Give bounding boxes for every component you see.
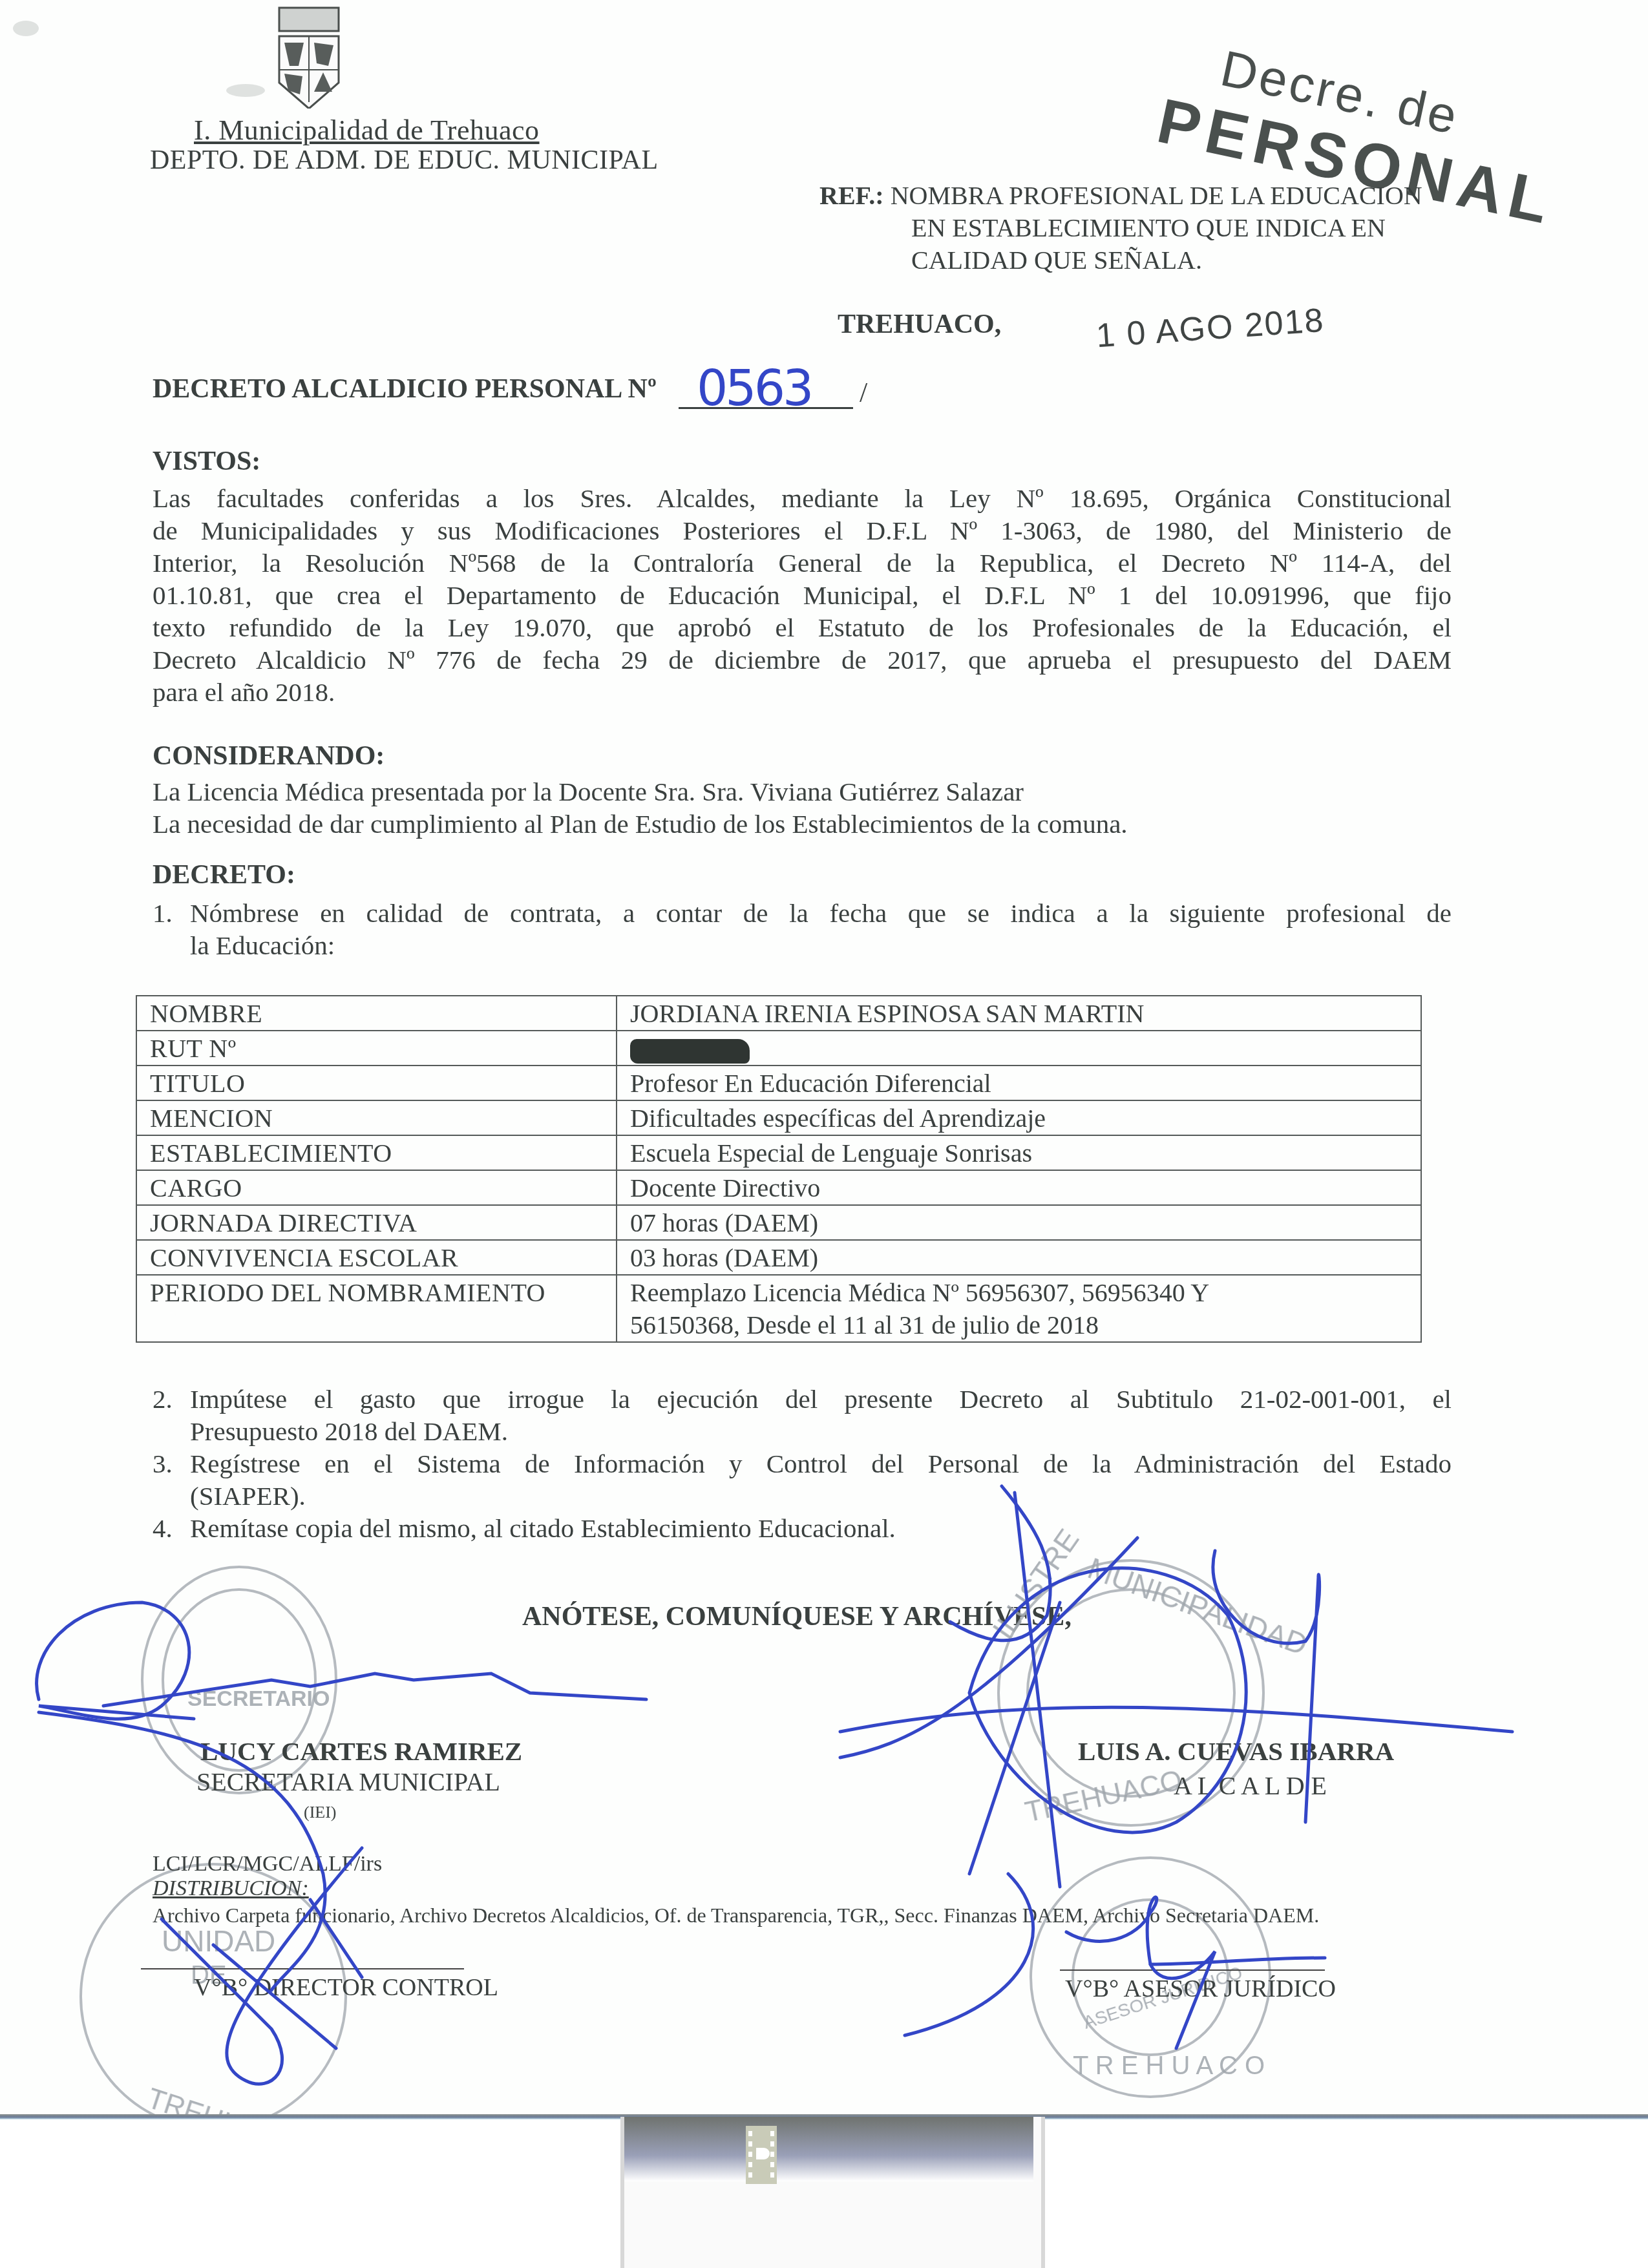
- table-key: MENCION: [136, 1100, 617, 1135]
- scan-slot-shadow: [624, 2117, 1033, 2181]
- svg-text:MUNICIPALIDAD: MUNICIPALIDAD: [1084, 1551, 1312, 1662]
- decreto-item-1: 1. Nómbrese en calidad de contrata, a co…: [153, 897, 1452, 961]
- vistos-line: para el año 2018.: [153, 676, 1452, 708]
- table-row: ESTABLECIMIENTO Escuela Especial de Leng…: [136, 1135, 1421, 1170]
- table-value: 07 horas (DAEM): [617, 1205, 1421, 1240]
- legal-approval-label: V°B° ASESOR JURÍDICO: [1065, 1975, 1336, 2003]
- item-number: 3.: [153, 1447, 173, 1480]
- date-stamp: 1 0 AGO 2018: [1095, 301, 1326, 356]
- vistos-line: Las facultades conferidas a los Sres. Al…: [153, 482, 1452, 514]
- legal-signature-line: [1060, 1969, 1325, 1971]
- decree-number-underline: [679, 407, 853, 409]
- department-name: DEPTO. DE ADM. DE EDUC. MUNICIPAL: [150, 145, 659, 176]
- table-value-line: Reemplazo Licencia Médica Nº 56956307, 5…: [630, 1277, 1410, 1309]
- item-number: 2.: [153, 1383, 173, 1415]
- vistos-line: Interior, la Resolución Nº568 de la Cont…: [153, 547, 1452, 579]
- place-label: TREHUACO,: [838, 309, 1001, 340]
- municipality-name: I. Municipalidad de Trehuaco: [194, 114, 540, 147]
- table-value-line: 56150368, Desde el 11 al 31 de julio de …: [630, 1309, 1410, 1341]
- vistos-heading: VISTOS:: [153, 446, 260, 477]
- decreto-items-list: 2. Impútese el gasto que irrogue la ejec…: [153, 1383, 1452, 1544]
- decreto-item: 4. Remítase copia del mismo, al citado E…: [153, 1512, 1452, 1544]
- table-value: 03 horas (DAEM): [617, 1240, 1421, 1275]
- table-value: Docente Directivo: [617, 1170, 1421, 1205]
- control-approval-label: V°B° DIRECTOR CONTROL: [194, 1973, 498, 2002]
- table-value: JORDIANA IRENIA ESPINOSA SAN MARTIN: [617, 996, 1421, 1031]
- considerando-paragraph: La Licencia Médica presentada por la Doc…: [153, 775, 1452, 840]
- handwritten-initials: (IEI): [304, 1803, 337, 1822]
- svg-text:TREHUACO: TREHUACO: [1022, 1765, 1185, 1829]
- table-row: CARGO Docente Directivo: [136, 1170, 1421, 1205]
- vistos-line: Decreto Alcaldicio Nº 776 de fecha 29 de…: [153, 644, 1452, 676]
- table-row: CONVIVENCIA ESCOLAR 03 horas (DAEM): [136, 1240, 1421, 1275]
- secretary-role: SECRETARIA MUNICIPAL: [196, 1767, 500, 1797]
- considerando-line: La Licencia Médica presentada por la Doc…: [153, 775, 1452, 808]
- reference-line: NOMBRA PROFESIONAL DE LA EDUCACION: [891, 181, 1422, 210]
- mayor-name: LUIS A. CUEVAS IBARRA: [1078, 1736, 1394, 1767]
- closing-formula: ANÓTESE, COMUNÍQUESE Y ARCHÍVESE,: [522, 1601, 1072, 1632]
- table-key: TITULO: [136, 1066, 617, 1100]
- item-text: la Educación:: [190, 929, 1452, 961]
- item-text: Nómbrese en calidad de contrata, a conta…: [190, 897, 1452, 929]
- table-key: JORNADA DIRECTIVA: [136, 1205, 617, 1240]
- reference-label: REF.:: [819, 181, 884, 210]
- vistos-line: de Municipalidades y sus Modificaciones …: [153, 514, 1452, 547]
- table-row: RUT Nº: [136, 1031, 1421, 1066]
- control-signature-line: [141, 1968, 464, 1969]
- table-value: [617, 1031, 1421, 1066]
- redaction-mark: [630, 1039, 750, 1064]
- svg-text:SECRETARIO: SECRETARIO: [187, 1686, 330, 1711]
- table-value: Dificultades específicas del Aprendizaje: [617, 1100, 1421, 1135]
- vistos-line: texto refundido de la Ley 19.070, que ap…: [153, 611, 1452, 644]
- decree-number-slash: /: [860, 376, 867, 409]
- decree-number-label: DECRETO ALCALDICIO PERSONAL Nº: [153, 373, 657, 404]
- table-row: PERIODO DEL NOMBRAMIENTO Reemplazo Licen…: [136, 1275, 1421, 1342]
- reference-line: EN ESTABLECIMIENTO QUE INDICA EN: [819, 212, 1422, 244]
- distribution-heading: DISTRIBUCION:: [153, 1876, 309, 1901]
- scan-smudge: [13, 21, 39, 36]
- decreto-heading: DECRETO:: [153, 859, 295, 890]
- distribution-list: Archivo Carpeta funcionario, Archivo Dec…: [153, 1904, 1319, 1927]
- item-text: Regístrese en el Sistema de Información …: [190, 1447, 1452, 1480]
- vistos-line: 01.10.81, que crea el Departamento de Ed…: [153, 579, 1452, 611]
- item-text: Impútese el gasto que irrogue la ejecuci…: [190, 1383, 1452, 1415]
- table-row: NOMBRE JORDIANA IRENIA ESPINOSA SAN MART…: [136, 996, 1421, 1031]
- table-key: CARGO: [136, 1170, 617, 1205]
- table-key: CONVIVENCIA ESCOLAR: [136, 1240, 617, 1275]
- item-text: (SIAPER).: [190, 1480, 1452, 1512]
- table-value: Profesor En Educación Diferencial: [617, 1066, 1421, 1100]
- table-row: JORNADA DIRECTIVA 07 horas (DAEM): [136, 1205, 1421, 1240]
- reference-line: CALIDAD QUE SEÑALA.: [819, 244, 1422, 277]
- reference-block: REF.: NOMBRA PROFESIONAL DE LA EDUCACION…: [819, 180, 1422, 277]
- item-text: Presupuesto 2018 del DAEM.: [190, 1415, 1452, 1447]
- table-key: RUT Nº: [136, 1031, 617, 1066]
- vistos-paragraph: Las facultades conferidas a los Sres. Al…: [153, 482, 1452, 708]
- decreto-item: 2. Impútese el gasto que irrogue la ejec…: [153, 1383, 1452, 1447]
- table-key: NOMBRE: [136, 996, 617, 1031]
- considerando-heading: CONSIDERANDO:: [153, 740, 385, 772]
- table-key: PERIODO DEL NOMBRAMIENTO: [136, 1275, 617, 1342]
- considerando-line: La necesidad de dar cumplimiento al Plan…: [153, 808, 1452, 840]
- table-row: MENCION Dificultades específicas del Apr…: [136, 1100, 1421, 1135]
- initials: LCI/LCR/MGC/ALLF/irs: [153, 1852, 382, 1876]
- table-value: Escuela Especial de Lenguaje Sonrisas: [617, 1135, 1421, 1170]
- item-number: 1.: [153, 897, 173, 929]
- table-key: ESTABLECIMIENTO: [136, 1135, 617, 1170]
- scan-smudge: [226, 84, 265, 97]
- svg-text:UNIDAD: UNIDAD: [162, 1924, 275, 1958]
- film-strip-icon: [743, 2126, 779, 2184]
- secretary-name: LUCY CARTES RAMIREZ: [200, 1736, 522, 1767]
- item-text: Remítase copia del mismo, al citado Esta…: [190, 1512, 1452, 1544]
- table-row: TITULO Profesor En Educación Diferencial: [136, 1066, 1421, 1100]
- mayor-role: A L C A L D E: [1174, 1770, 1327, 1801]
- decreto-item: 3. Regístrese en el Sistema de Informaci…: [153, 1447, 1452, 1512]
- item-number: 4.: [153, 1512, 173, 1544]
- appointment-table: NOMBRE JORDIANA IRENIA ESPINOSA SAN MART…: [136, 995, 1422, 1343]
- table-value: Reemplazo Licencia Médica Nº 56956307, 5…: [617, 1275, 1421, 1342]
- municipal-crest-icon: [270, 5, 348, 109]
- svg-text:T R E H U A C O: T R E H U A C O: [1073, 2052, 1265, 2080]
